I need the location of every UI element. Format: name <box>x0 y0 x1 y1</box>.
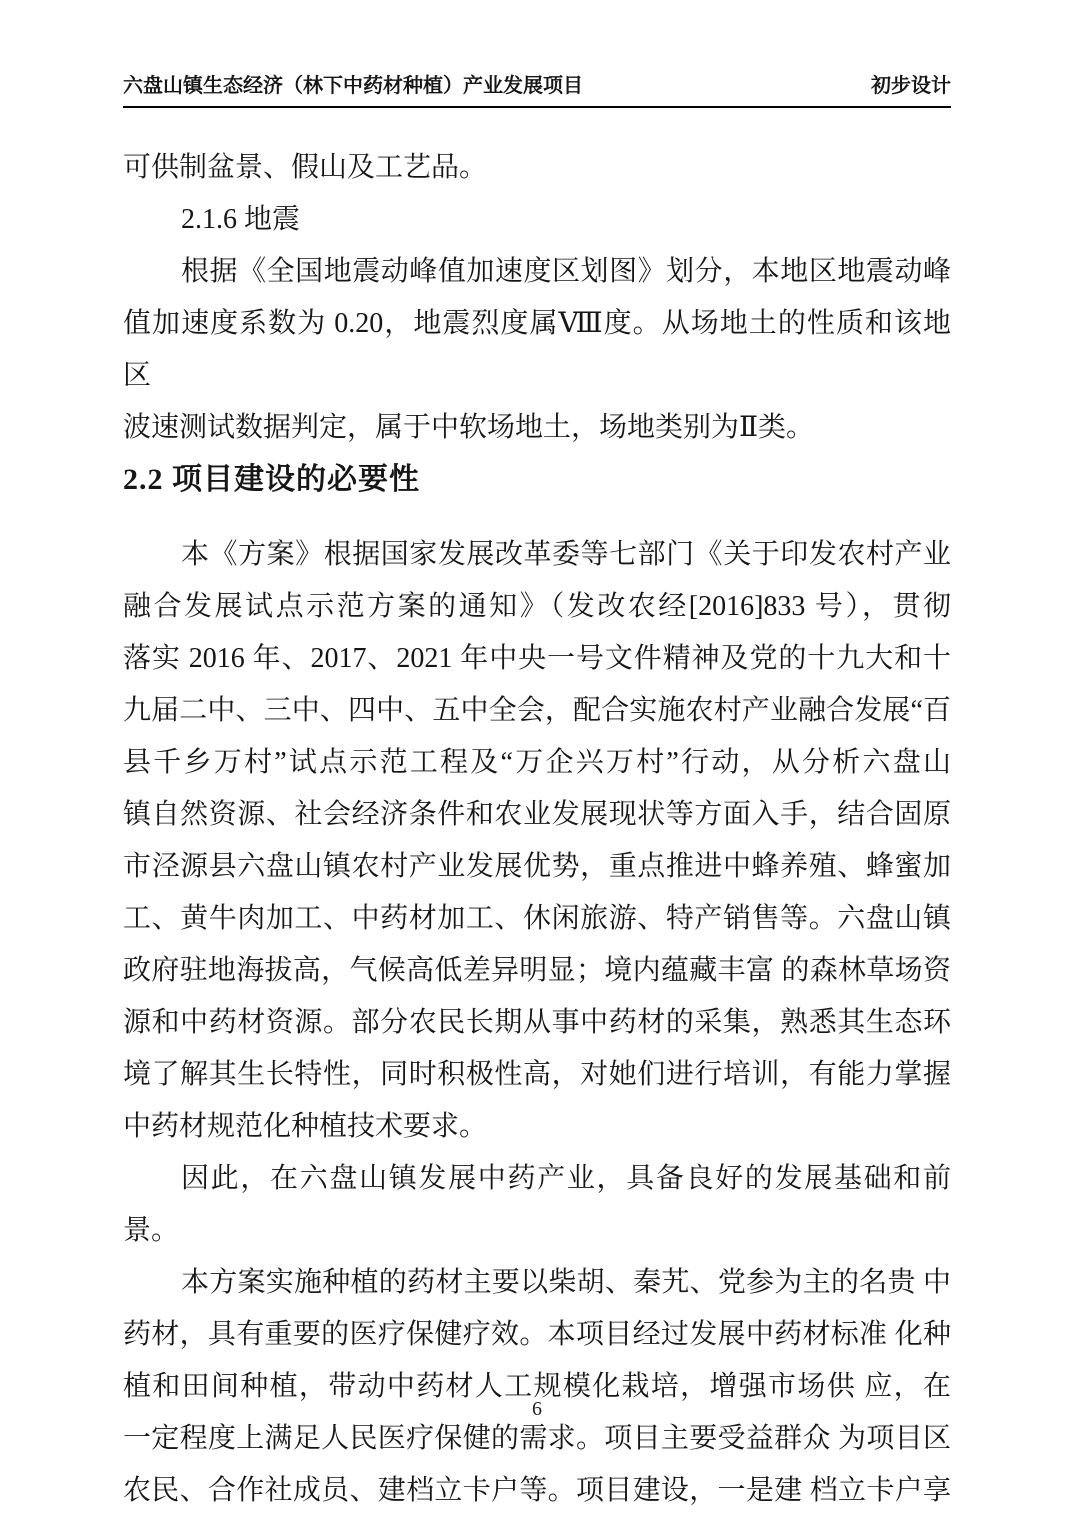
paragraph-therefore: 因此，在六盘山镇发展中药产业，具备良好的发展基础和前景。 <box>123 1153 951 1257</box>
section-heading-2-1-6: 2.1.6 地震 <box>123 194 951 246</box>
paragraph-plan: 本《方案》根据国家发展改革委等七部门《关于印发农村产业 融合发展试点示范方案的通… <box>123 529 951 1153</box>
header-doc-stage: 初步设计 <box>871 74 951 99</box>
body-line: 药材，具有重要的医疗保健疗效。本项目经过发展中药材标准 化种 <box>123 1309 951 1361</box>
body-line: 源和中药材资源。部分农民长期从事中药材的采集，熟悉其生态环 <box>123 997 951 1049</box>
body-line: 九届二中、三中、四中、五中全会，配合实施农村产业融合发展“百 <box>123 685 951 737</box>
page-header: 六盘山镇生态经济（林下中药材种植）产业发展项目 初步设计 <box>123 74 951 108</box>
body-line: 本方案实施种植的药材主要以柴胡、秦艽、党参为主的名贵 中 <box>123 1257 951 1309</box>
body-line: 波速测试数据判定，属于中软场地土，场地类别为Ⅱ类。 <box>123 402 951 454</box>
body-line: 本《方案》根据国家发展改革委等七部门《关于印发农村产业 <box>123 529 951 581</box>
document-body: 可供制盆景、假山及工艺品。 2.1.6 地震 根据《全国地震动峰值加速度区划图》… <box>123 142 951 1517</box>
document-page: 六盘山镇生态经济（林下中药材种植）产业发展项目 初步设计 可供制盆景、假山及工艺… <box>0 0 1074 1520</box>
body-line: 政府驻地海拔高，气候高低差异明显；境内蕴藏丰富 的森林草场资 <box>123 945 951 997</box>
page-footer: 6 <box>0 1398 1074 1421</box>
body-line: 县千乡万村”试点示范工程及“万企兴万村”行动，从分析六盘山 <box>123 737 951 789</box>
body-line: 落实 2016 年、2017、2021 年中央一号文件精神及党的十九大和十 <box>123 633 951 685</box>
body-line: 市泾源县六盘山镇农村产业发展优势，重点推进中蜂养殖、蜂蜜加 <box>123 841 951 893</box>
body-line: 融合发展试点示范方案的通知》（发改农经[2016]833 号），贯彻 <box>123 581 951 633</box>
body-line: 工、黄牛肉加工、中药材加工、休闲旅游、特产销售等。六盘山镇 <box>123 893 951 945</box>
body-line: 可供制盆景、假山及工艺品。 <box>123 142 951 194</box>
body-line: 根据《全国地震动峰值加速度区划图》划分，本地区地震动峰 <box>123 246 951 298</box>
body-line: 农民、合作社成员、建档立卡户等。项目建设，一是建 档立卡户享 <box>123 1465 951 1517</box>
section-heading-2-2: 2.2 项目建设的必要性 <box>123 454 951 506</box>
body-line: 中药材规范化种植技术要求。 <box>123 1101 951 1153</box>
page-number: 6 <box>532 1398 542 1420</box>
body-line: 境了解其生长特性，同时积极性高，对她们进行培训，有能力掌握 <box>123 1049 951 1101</box>
body-line: 镇自然资源、社会经济条件和农业发展现状等方面入手，结合固原 <box>123 789 951 841</box>
paragraph-herbs: 本方案实施种植的药材主要以柴胡、秦艽、党参为主的名贵 中 药材，具有重要的医疗保… <box>123 1257 951 1517</box>
header-project-title: 六盘山镇生态经济（林下中药材种植）产业发展项目 <box>123 74 583 99</box>
body-line: 值加速度系数为 0.20，地震烈度属Ⅷ度。从场地土的性质和该地区 <box>123 298 951 402</box>
paragraph-seismic: 根据《全国地震动峰值加速度区划图》划分，本地区地震动峰 值加速度系数为 0.20… <box>123 246 951 454</box>
